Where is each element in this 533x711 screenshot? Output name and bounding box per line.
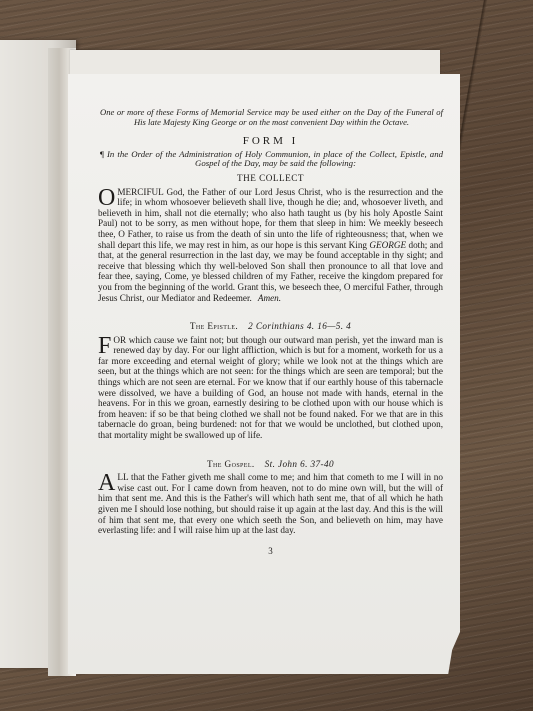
collect-heading: THE COLLECT	[98, 173, 443, 184]
preface-note: One or more of these Forms of Memorial S…	[98, 108, 443, 127]
gospel-body: LL that the Father giveth me shall come …	[98, 472, 443, 535]
rubric-text: In the Order of the Administration of Ho…	[107, 149, 443, 169]
page-content: One or more of these Forms of Memorial S…	[98, 108, 443, 556]
epistle-heading: The Epistle.2 Corinthians 4. 16—5. 4	[98, 321, 443, 332]
epistle-body: OR which cause we faint not; but though …	[98, 335, 443, 440]
page-number: 3	[98, 546, 443, 557]
wooden-table-background	[453, 0, 533, 711]
epistle-title: The Epistle.	[190, 321, 238, 331]
booklet-page: One or more of these Forms of Memorial S…	[68, 74, 460, 674]
gospel-dropcap: A	[98, 473, 115, 493]
collect-dropcap: O	[98, 188, 115, 208]
pilcrow-icon: ¶	[100, 149, 104, 159]
collect-amen: Amen.	[258, 293, 281, 303]
gospel-title: The Gospel.	[207, 459, 255, 469]
epistle-dropcap: F	[98, 336, 111, 356]
form-title: FORM I	[98, 136, 443, 147]
gospel-text: ALL that the Father giveth me shall come…	[98, 472, 443, 536]
collect-text: O MERCIFUL God, the Father of our Lord J…	[98, 187, 443, 304]
epistle-text: FOR which cause we faint not; but though…	[98, 335, 443, 441]
rubric-instruction: ¶In the Order of the Administration of H…	[98, 150, 443, 169]
epistle-reference: 2 Corinthians 4. 16—5. 4	[248, 321, 351, 331]
gospel-reference: St. John 6. 37-40	[265, 459, 334, 469]
gospel-heading: The Gospel.St. John 6. 37-40	[98, 459, 443, 470]
king-name: GEORGE	[369, 240, 406, 250]
